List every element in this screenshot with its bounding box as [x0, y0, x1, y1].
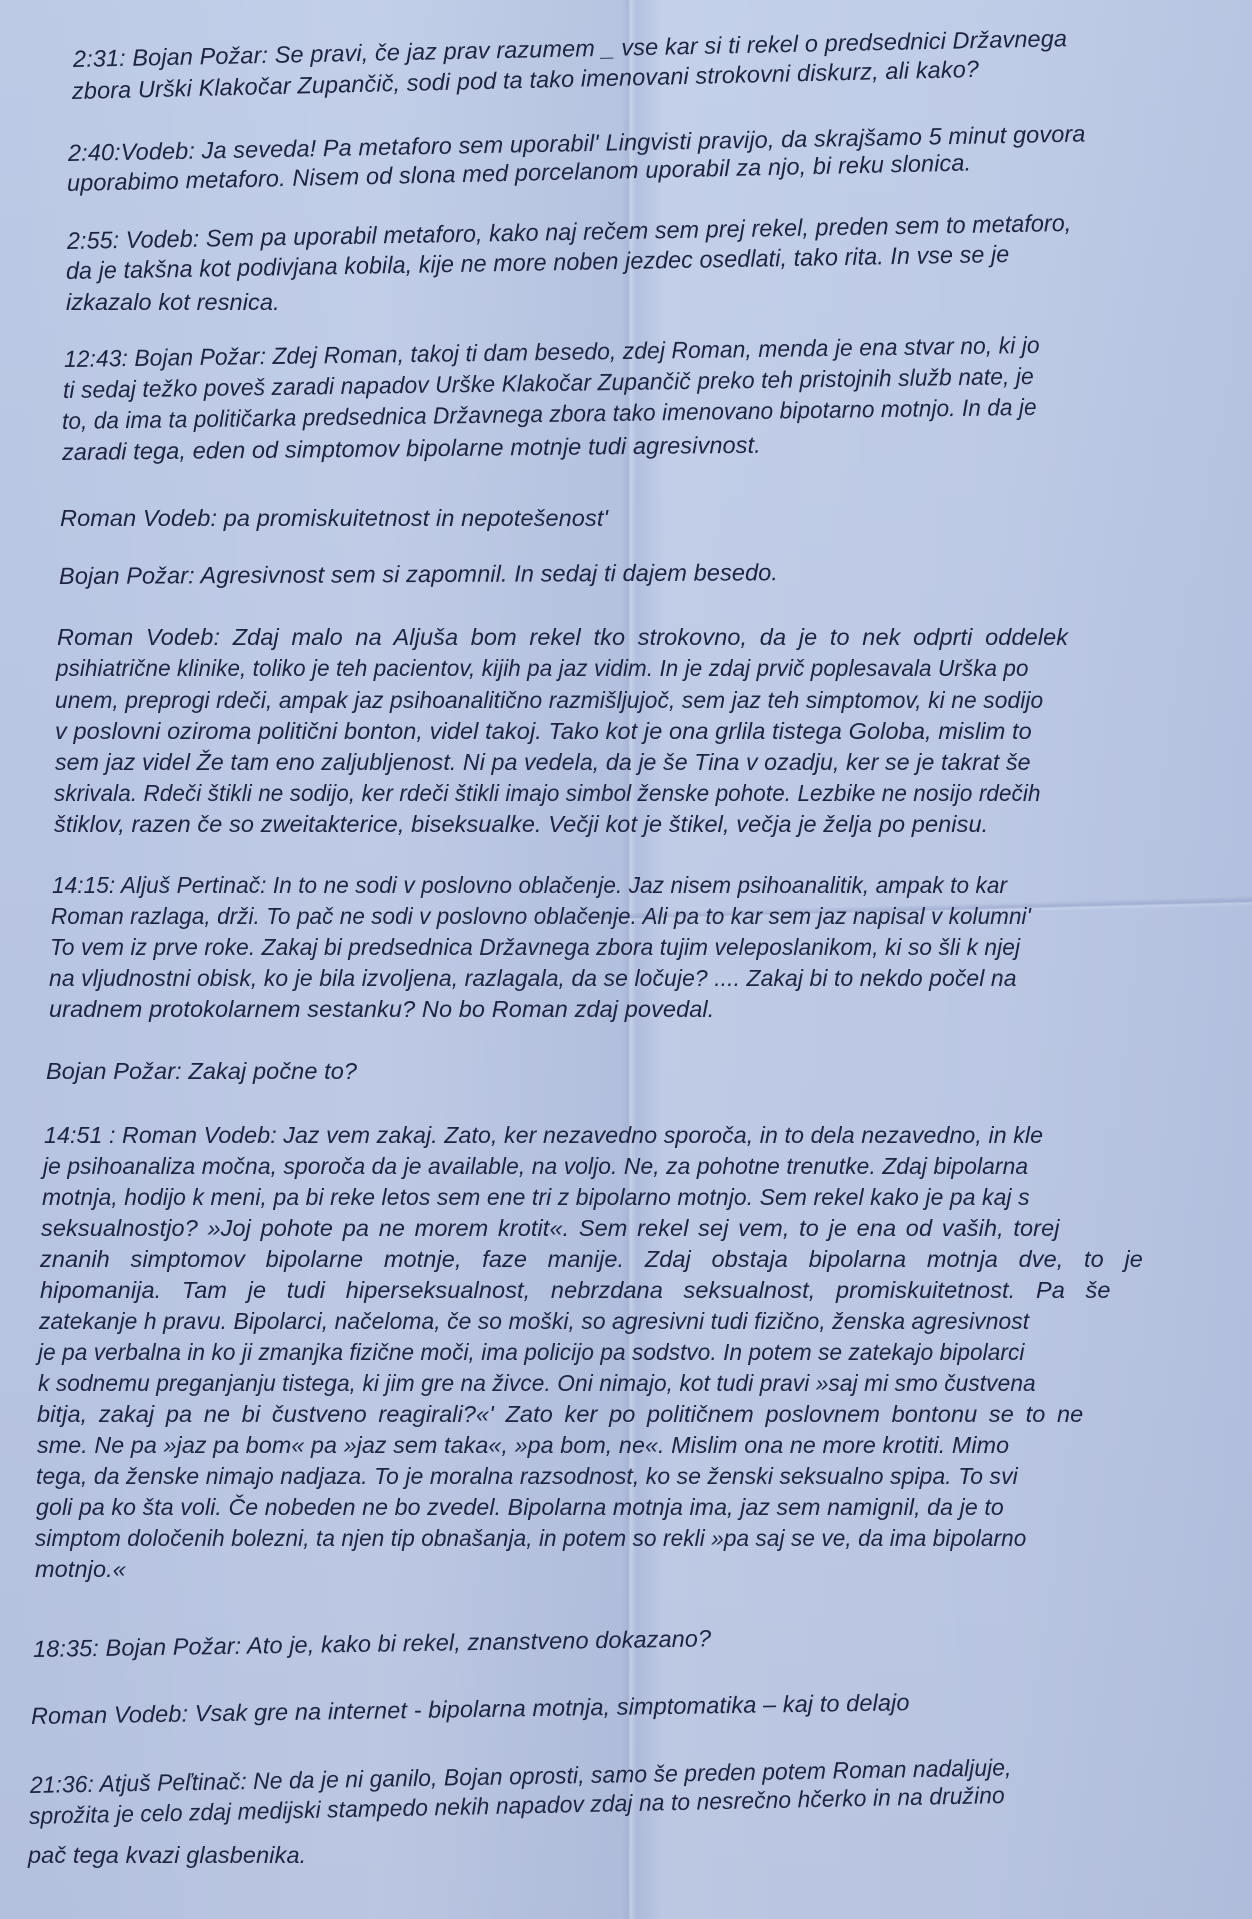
- text-line: simptom določenih bolezni, ta njen tip o…: [35, 1525, 1026, 1552]
- text-line: pač tega kvazi glasbenika.: [28, 1842, 306, 1869]
- text-line: sem jaz videl Že tam eno zaljubljenost. …: [55, 749, 1031, 776]
- text-line: skrivala. Rdeči štikli ne sodijo, ker rd…: [54, 780, 1041, 807]
- text-line: uradnem protokolarnem sestanku? No bo Ro…: [49, 996, 714, 1023]
- text-line: Roman razlaga, drži. To pač ne sodi v po…: [51, 903, 1031, 930]
- text-line: hipomanija. Tam je tudi hiperseksualnost…: [40, 1277, 1111, 1304]
- text-line: 14:51 : Roman Vodeb: Jaz vem zakaj. Zato…: [44, 1122, 1043, 1149]
- text-line: k sodnemu preganjanju tistega, ki jim gr…: [38, 1370, 1036, 1397]
- text-line: na vljudnostni obisk, ko je bila izvolje…: [49, 965, 1017, 992]
- text-line: je psihoanaliza močna, sporoča da je ava…: [43, 1153, 1028, 1180]
- text-line: seksualnostjo? »Joj pohote pa ne morem k…: [41, 1215, 1060, 1242]
- text-line: tega, da ženske nimajo nadjaza. To je mo…: [36, 1463, 1018, 1490]
- text-line: motnja, hodijo k meni, pa bi reke letos …: [42, 1184, 1030, 1211]
- text-line: 14:15: Aljuš Pertinač: In to ne sodi v p…: [52, 872, 1007, 899]
- text-line: 18:35: Bojan Požar: Ato je, kako bi reke…: [33, 1625, 712, 1663]
- text-line: zatekanje h pravu. Bipolarci, načeloma, …: [39, 1308, 1029, 1335]
- text-line: To vem iz prve roke. Zakaj bi predsednic…: [50, 934, 1020, 961]
- text-line: štiklov, razen če so zweitakterice, bise…: [54, 811, 988, 838]
- text-line: zaradi tega, eden od simptomov bipolarne…: [62, 432, 761, 466]
- text-line: izkazalo kot resnica.: [66, 289, 280, 316]
- text-line: psihiatrične klinike, toliko je teh paci…: [56, 655, 1029, 682]
- text-line: znanih simptomov bipolarne motnje, faze …: [40, 1246, 1143, 1273]
- text-line: Roman Vodeb: pa promiskuitetnost in nepo…: [60, 505, 608, 532]
- text-line: Bojan Požar: Agresivnost sem si zapomnil…: [59, 559, 778, 590]
- text-line: unem, preprogi rdeči, ampak jaz psihoana…: [55, 687, 1043, 714]
- text-line: je pa verbalna in ko ji zmanjka fizične …: [38, 1339, 1025, 1366]
- text-line: motnjo.«: [35, 1556, 126, 1583]
- text-line: bitja, zakaj pa ne bi čustveno reagirali…: [37, 1401, 1083, 1428]
- text-line: sme. Ne pa »jaz pa bom« pa »jaz sem taka…: [37, 1432, 1009, 1459]
- text-line: v poslovni oziroma politični bonton, vid…: [55, 718, 1032, 745]
- text-line: Bojan Požar: Zakaj počne to?: [46, 1058, 357, 1085]
- text-line: Roman Vodeb: Vsak gre na internet - bipo…: [31, 1689, 910, 1730]
- text-line: Roman Vodeb: Zdaj malo na Aljuša bom rek…: [57, 624, 1068, 651]
- paper-page: 2:31: Bojan Požar: Se pravi, če jaz prav…: [0, 0, 1252, 1919]
- text-line: goli pa ko šta voli. Če nobeden ne bo zv…: [36, 1494, 1004, 1521]
